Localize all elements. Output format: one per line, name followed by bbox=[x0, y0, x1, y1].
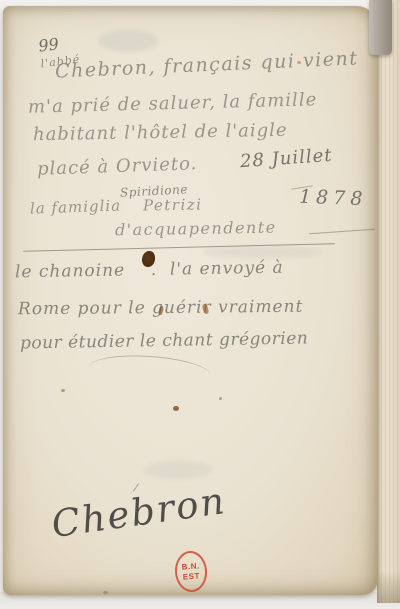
paper-stain bbox=[103, 591, 108, 594]
paper-smudge bbox=[143, 461, 213, 479]
note-line: Petrizi bbox=[143, 197, 203, 213]
pencil-flourish bbox=[88, 352, 212, 391]
page-stack-shadow bbox=[377, 570, 400, 603]
note-line: Chebron, français qui vient bbox=[55, 49, 359, 81]
date-annotation: 28 Juillet bbox=[239, 147, 333, 171]
stamp-text-line2: EST bbox=[182, 571, 200, 582]
note-line: placé à Orvieto. bbox=[37, 155, 198, 179]
paper-smudge bbox=[203, 246, 323, 258]
note-line: le chanoine . l'a envoyé à bbox=[15, 260, 284, 282]
paper-stain bbox=[219, 397, 222, 400]
note-line: la famiglia bbox=[30, 198, 122, 216]
note-line: pour étudier le chant grégorien bbox=[20, 330, 309, 352]
pencil-dash bbox=[309, 229, 375, 235]
paper-smudge bbox=[98, 30, 158, 52]
bn-est-library-stamp: B.N. EST bbox=[174, 550, 209, 593]
paper-stain bbox=[297, 61, 301, 64]
signature: Chebron bbox=[49, 482, 228, 543]
note-line: m'a prié de saluer, la famille bbox=[28, 91, 318, 117]
paper-stain bbox=[173, 406, 179, 411]
bookmark-ribbon bbox=[369, 0, 392, 55]
note-line: habitant l'hôtel de l'aigle bbox=[33, 122, 288, 144]
scanned-notebook-page: 99 l'abbé Chebron, français qui vient m'… bbox=[0, 0, 400, 609]
note-line: d'acquapendente bbox=[115, 220, 277, 239]
page-stack-fore-edge bbox=[377, 0, 400, 603]
page-number: 99 bbox=[37, 34, 60, 55]
paper-stain bbox=[61, 389, 65, 392]
year-annotation: 1878 bbox=[299, 188, 368, 209]
manuscript-page: 99 l'abbé Chebron, français qui vient m'… bbox=[3, 6, 378, 595]
